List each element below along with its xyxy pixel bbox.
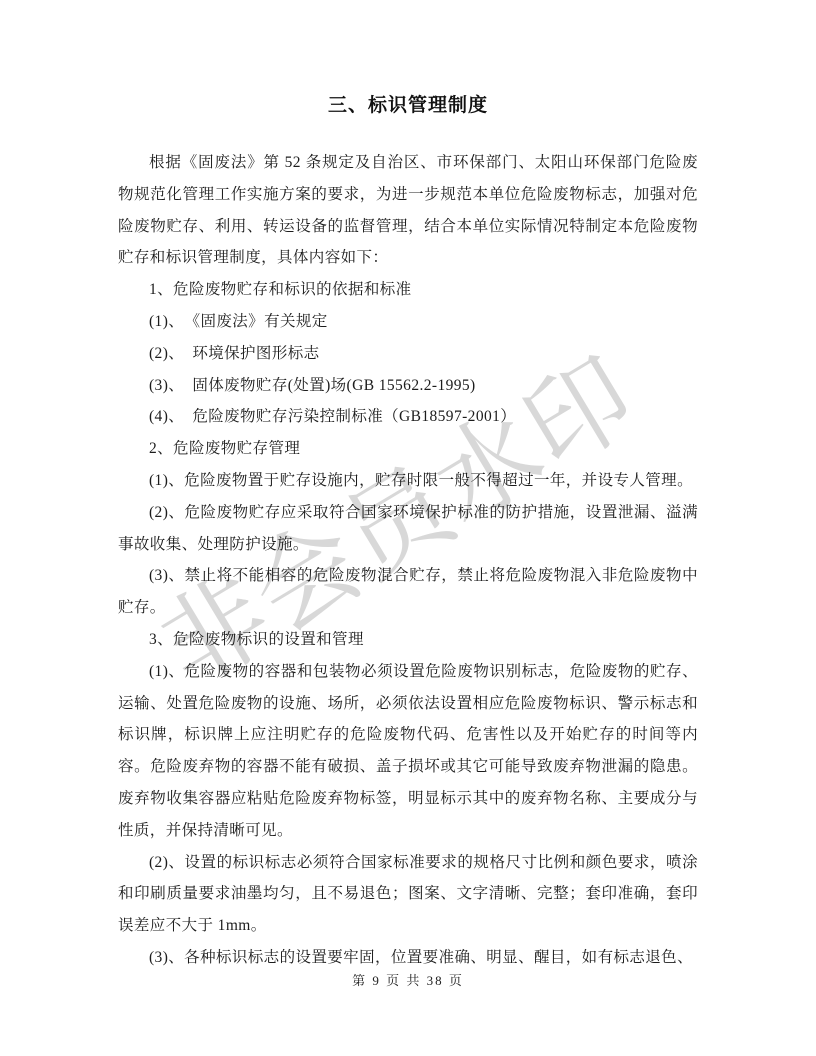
paragraph-item-2-2: (2)、危险废物贮存应采取符合国家环境保护标准的防护措施，设置泄漏、溢满事故收集…	[118, 497, 698, 561]
document-content: 三、标识管理制度 根据《固废法》第 52 条规定及自治区、市环保部门、太阳山环保…	[0, 0, 816, 974]
paragraph-section-2: 2、危险废物贮存管理	[118, 433, 698, 465]
paragraph-item-2-3: (3)、禁止将不能相容的危险废物混合贮存，禁止将危险废物混入非危险废物中贮存。	[118, 560, 698, 624]
document-title: 三、标识管理制度	[118, 90, 698, 117]
paragraph-intro: 根据《固废法》第 52 条规定及自治区、市环保部门、太阳山环保部门危险废物规范化…	[118, 147, 698, 274]
page-number-label: 第 9 页 共 38 页	[352, 973, 464, 988]
paragraph-item-1-3: (3)、 固体废物贮存(处置)场(GB 15562.2-1995)	[118, 370, 698, 402]
paragraph-item-1-2: (2)、 环境保护图形标志	[118, 338, 698, 370]
paragraph-section-3: 3、危险废物标识的设置和管理	[118, 624, 698, 656]
paragraph-item-2-1: (1)、危险废物置于贮存设施内，贮存时限一般不得超过一年，并设专人管理。	[118, 465, 698, 497]
paragraph-section-1: 1、危险废物贮存和标识的依据和标准	[118, 274, 698, 306]
paragraph-item-1-4: (4)、 危险废物贮存污染控制标准（GB18597-2001）	[118, 401, 698, 433]
paragraph-item-3-1: (1)、危险废物的容器和包装物必须设置危险废物识别标志，危险废物的贮存、运输、处…	[118, 656, 698, 847]
paragraph-item-3-2: (2)、设置的标识标志必须符合国家标准要求的规格尺寸比例和颜色要求，喷涂和印刷质…	[118, 847, 698, 942]
document-page: 非会员水印 三、标识管理制度 根据《固废法》第 52 条规定及自治区、市环保部门…	[0, 0, 816, 1056]
paragraph-item-1-1: (1)、 《固废法》有关规定	[118, 306, 698, 338]
page-footer: 第 9 页 共 38 页	[0, 970, 816, 990]
paragraph-item-3-3: (3)、各种标识标志的设置要牢固，位置要准确、明显、醒目，如有标志退色、	[118, 942, 698, 974]
